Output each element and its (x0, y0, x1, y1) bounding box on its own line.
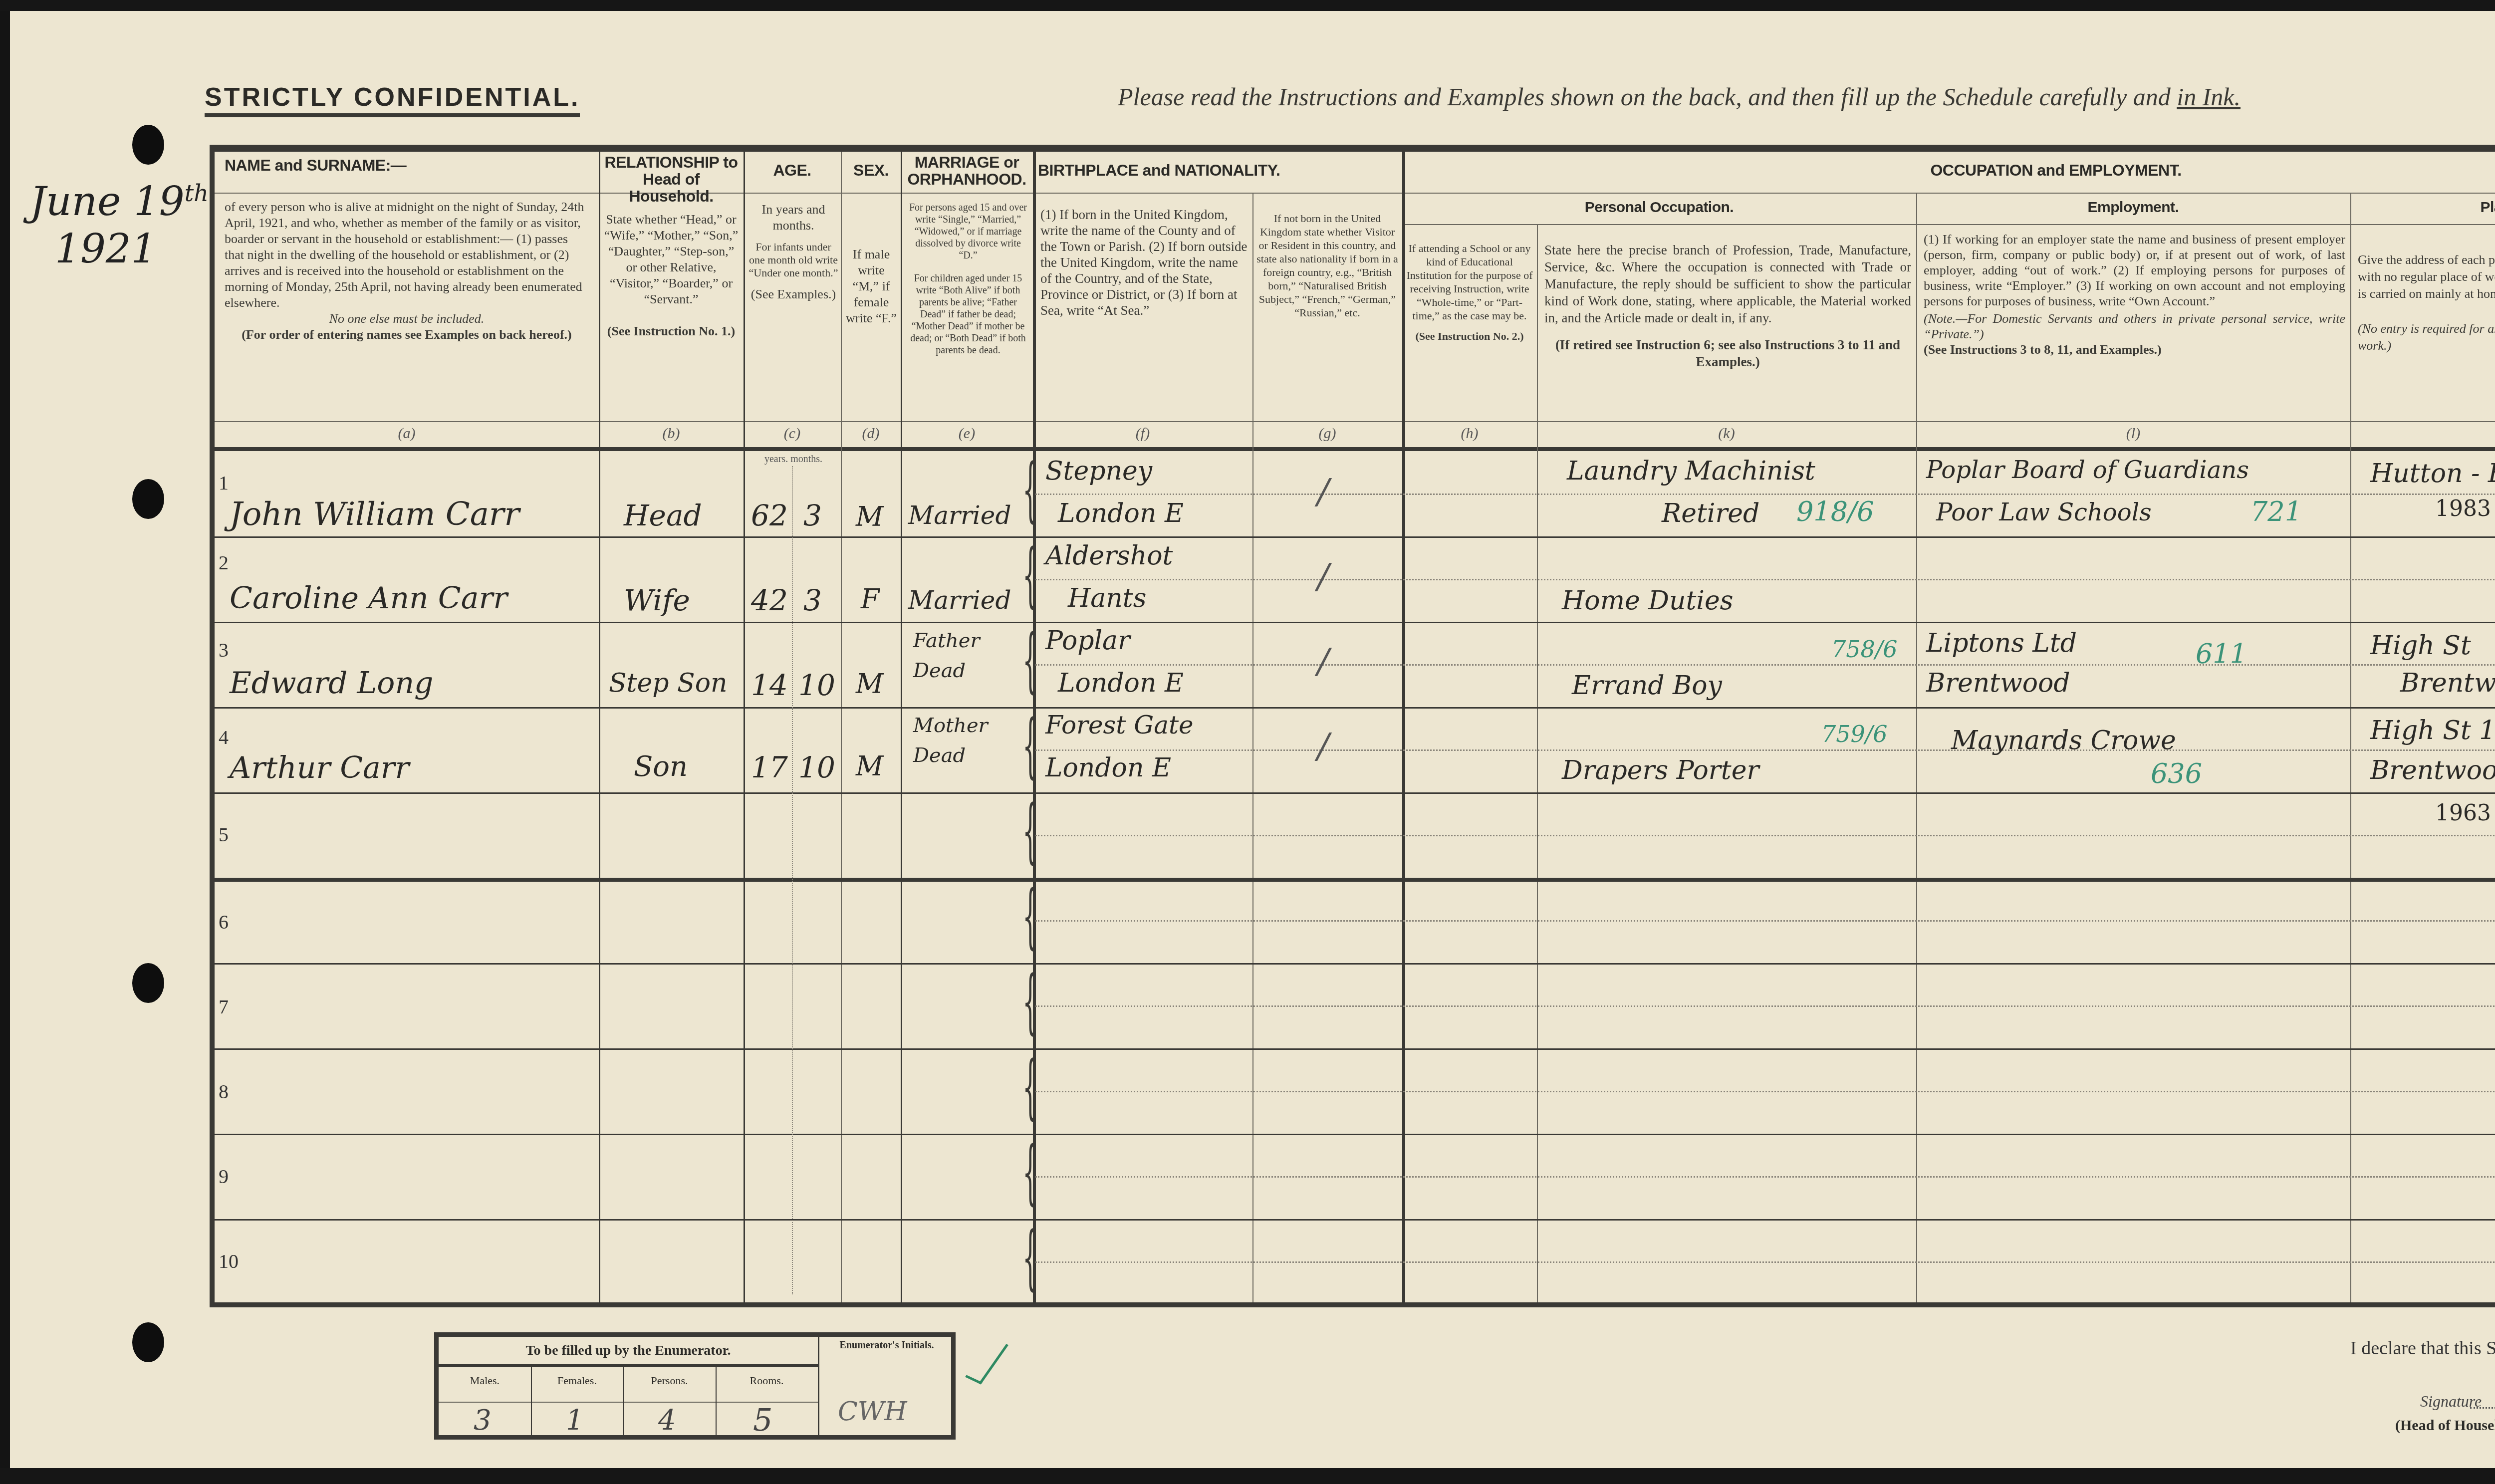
row-number: 8 (219, 1080, 229, 1103)
occupation-line1: Errand Boy (1572, 671, 1722, 701)
sex: M (856, 668, 883, 700)
rooms-count: 5 (753, 1402, 772, 1438)
col-ref-b: (b) (599, 425, 744, 442)
occupation-code: 758/6 (1831, 636, 1898, 663)
person-name: Arthur Carr (230, 750, 409, 785)
col-k-desc: State here the precise branch of Profess… (1544, 242, 1911, 416)
punch-hole (132, 125, 164, 165)
occupation-code: 759/6 (1821, 721, 1888, 747)
birthplace-line1: Stepney (1045, 456, 1152, 486)
margin-date-note: June 19th 1921 (30, 170, 209, 272)
place-of-work-line1: Hutton - Essex (2370, 459, 2495, 489)
age-months: 3 (803, 498, 822, 532)
col-e-desc: For persons aged 15 and over write “Sing… (906, 202, 1030, 416)
col-b-desc: State whether “Head,” or “Wife,” “Mother… (604, 212, 739, 411)
punch-hole (132, 479, 164, 519)
marital-status: Married (908, 501, 1011, 530)
age-months: 10 (798, 750, 835, 784)
age-years: 42 (751, 583, 788, 617)
row-number: 1 (219, 471, 229, 495)
nationality-mark: / (1317, 641, 1329, 682)
row-number: 6 (219, 910, 229, 934)
col-ref-a: (a) (215, 425, 599, 442)
birthplace-line1: Aldershot (1045, 541, 1173, 571)
place-code-row5: 1963 . 01 (2435, 800, 2495, 826)
row-number: 9 (219, 1165, 229, 1188)
birthplace-line1: Forest Gate (1045, 711, 1194, 740)
age-subheader: years. months. (746, 454, 841, 465)
col-ref-c: (c) (744, 425, 841, 442)
col-ref-e: (e) (901, 425, 1033, 442)
age-years: 62 (751, 498, 788, 532)
employer-line1: Poplar Board of Guardians (1926, 456, 2249, 484)
col-ref-d: (d) (841, 425, 901, 442)
age-months: 3 (803, 583, 822, 617)
punch-hole (132, 963, 164, 1003)
person-name: Edward Long (230, 666, 434, 701)
enumerator-summary-box: To be filled up by the Enumerator. Enume… (434, 1332, 956, 1440)
col-ref-f: (f) (1033, 425, 1252, 442)
employer-line2: Poor Law Schools (1936, 498, 2152, 526)
col-l-title: Employment. (1919, 199, 2348, 216)
row-number: 4 (219, 726, 229, 749)
birthplace-line1: Poplar (1045, 626, 1130, 656)
person-name: Caroline Ann Carr (230, 581, 507, 616)
place-of-work-code: 1983 . 08 (2435, 496, 2495, 521)
col-ref-m: (m) (2350, 425, 2495, 442)
persons-count: 4 (658, 1404, 676, 1437)
row-number: 5 (219, 823, 229, 846)
col-d-desc: If male write “M,” if female write “F.” (844, 247, 898, 411)
occupation-code: 918/6 (1796, 496, 1874, 527)
occupation-line1: Drapers Porter (1562, 755, 1759, 785)
col-k-title: Personal Occupation. (1407, 199, 1911, 216)
scan-border-top (0, 0, 2495, 11)
employer-line1: Liptons Ltd (1926, 628, 2077, 658)
col-d-title: SEX. (842, 162, 900, 179)
enumerator-initials: CWH (838, 1397, 907, 1427)
col-ref-k: (k) (1537, 425, 1916, 442)
col-ref-l: (l) (1916, 425, 2350, 442)
declaration-text: I declare that this Schedule is correctl… (2350, 1337, 2495, 1359)
relationship: Head (624, 498, 702, 532)
birthplace-line2: London E (1045, 753, 1171, 783)
employer-line1: Maynards Crowe (1951, 726, 2176, 755)
age-years: 17 (751, 750, 788, 784)
relationship: Step Son (609, 668, 728, 698)
females-count: 1 (566, 1404, 584, 1437)
sex: F (861, 583, 879, 615)
place-of-work-line2: Brentwood Essex (2400, 668, 2495, 698)
nationality-mark: / (1317, 726, 1329, 766)
place-of-work-line1: High St (2370, 631, 2471, 661)
row-number: 7 (219, 995, 229, 1018)
punch-hole (132, 1322, 164, 1362)
marital-status: Married (908, 586, 1011, 615)
col-a-title: NAME and SURNAME:— (225, 157, 594, 174)
employer-line2: Brentwood (1926, 668, 2070, 698)
col-c-title: AGE. (746, 162, 838, 179)
employer-code: 611 (2196, 638, 2247, 670)
birthplace-line2: Hants (1068, 583, 1146, 613)
signature-caption: (Head of Household, Manager of Establish… (2395, 1417, 2495, 1434)
col-g-desc: If not born in the United Kingdom state … (1255, 212, 1400, 416)
place-of-work-line1: High St 1963 . 01 (2370, 716, 2495, 745)
col-ref-g: (g) (1252, 425, 1402, 442)
col-h-desc: If attending a School or any kind of Edu… (1405, 242, 1534, 416)
birthplace-line2: London E (1058, 498, 1184, 528)
marital-status: Mother Dead (913, 711, 1028, 770)
relationship: Son (634, 750, 688, 783)
row-number: 3 (219, 638, 229, 662)
sex: M (856, 501, 883, 532)
nationality-mark: / (1317, 556, 1329, 597)
age-years: 14 (751, 668, 788, 702)
scan-border-bottom (0, 1468, 2495, 1484)
row-number: 2 (219, 551, 229, 574)
row-number: 10 (219, 1249, 239, 1273)
page-title: STRICTLY CONFIDENTIAL. (205, 82, 580, 117)
instruction-line: Please read the Instructions and Example… (1118, 82, 2241, 111)
place-of-work-line2: Brentwood Essex (2370, 755, 2495, 785)
col-c-desc: In years and months. For infants under o… (748, 202, 838, 416)
col-m-title: Place of Work. (2353, 199, 2495, 216)
age-months: 10 (798, 668, 835, 702)
col-fg-title: BIRTHPLACE and NATIONALITY. (1038, 162, 1397, 179)
signature-line (2470, 1407, 2495, 1409)
employer-code: 636 (2151, 758, 2202, 789)
col-e-title: MARRIAGE or ORPHANHOOD. (903, 154, 1030, 188)
household-schedule-table: NAME and SURNAME:— of every person who i… (210, 145, 2495, 1307)
col-l-desc: (1) If working for an employer state the… (1924, 232, 2345, 416)
col-occ-title: OCCUPATION and EMPLOYMENT. (1407, 162, 2495, 179)
sex: M (856, 750, 883, 782)
relationship: Wife (624, 583, 690, 617)
employer-code: 721 (2250, 496, 2302, 527)
males-count: 3 (474, 1404, 492, 1437)
col-b-title: RELATIONSHIP to Head of Household. (601, 154, 741, 205)
nationality-mark: / (1317, 471, 1329, 512)
person-name: John William Carr (230, 496, 519, 533)
birthplace-line2: London E (1058, 668, 1184, 698)
occupation-line1: Home Duties (1562, 586, 1733, 616)
col-f-desc: (1) If born in the United Kingdom, write… (1040, 207, 1250, 416)
marital-status: Father Dead (913, 626, 1028, 686)
occupation-line2: Retired (1662, 498, 1759, 528)
col-m-desc: Give the address of each person’s place … (2358, 251, 2495, 416)
col-a-desc: of every person who is alive at midnight… (225, 199, 589, 419)
occupation-line1: Laundry Machinist (1567, 456, 1815, 486)
col-ref-h: (h) (1402, 425, 1537, 442)
